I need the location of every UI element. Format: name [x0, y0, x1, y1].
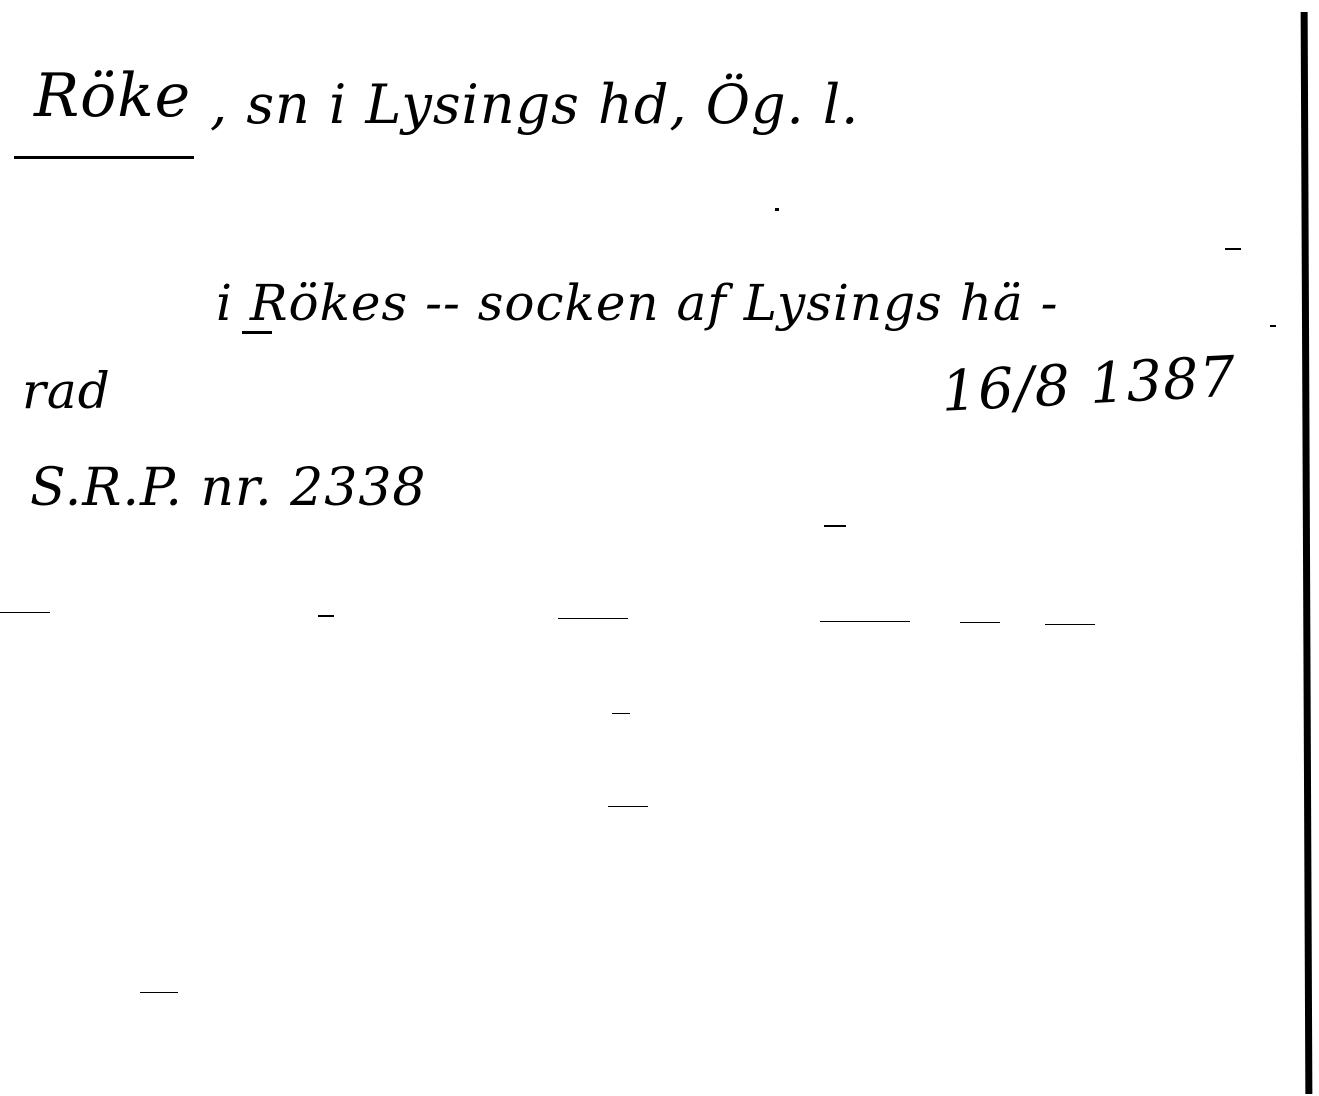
- scan-noise: [1045, 624, 1095, 625]
- scan-noise: [1270, 325, 1276, 327]
- scan-noise: [960, 622, 1000, 623]
- card-edge-border: [1301, 12, 1313, 1094]
- quote-underline: [242, 331, 272, 334]
- headword-underline: [14, 156, 194, 159]
- scan-noise: [775, 208, 779, 211]
- scan-noise: [318, 615, 334, 617]
- source-quote-line-2: rad: [22, 366, 111, 416]
- source-reference: S.R.P. nr. 2338: [30, 462, 427, 514]
- scan-noise: [612, 713, 630, 714]
- scan-noise: [824, 525, 846, 527]
- scan-noise: [0, 612, 50, 613]
- source-quote-line-1: i Rökes -- socken af Lysings hä -: [216, 278, 1059, 328]
- scan-noise: [1225, 248, 1241, 250]
- scan-noise: [558, 618, 628, 619]
- scan-noise: [820, 621, 910, 622]
- index-card: Röke , sn i Lysings hd, Ög. l. i Rökes -…: [0, 0, 1319, 1096]
- scan-noise: [140, 992, 178, 993]
- place-description: , sn i Lysings hd, Ög. l.: [210, 78, 859, 132]
- scan-noise: [608, 806, 648, 807]
- headword: Röke: [34, 66, 191, 126]
- source-date: 16/8 1387: [940, 350, 1238, 421]
